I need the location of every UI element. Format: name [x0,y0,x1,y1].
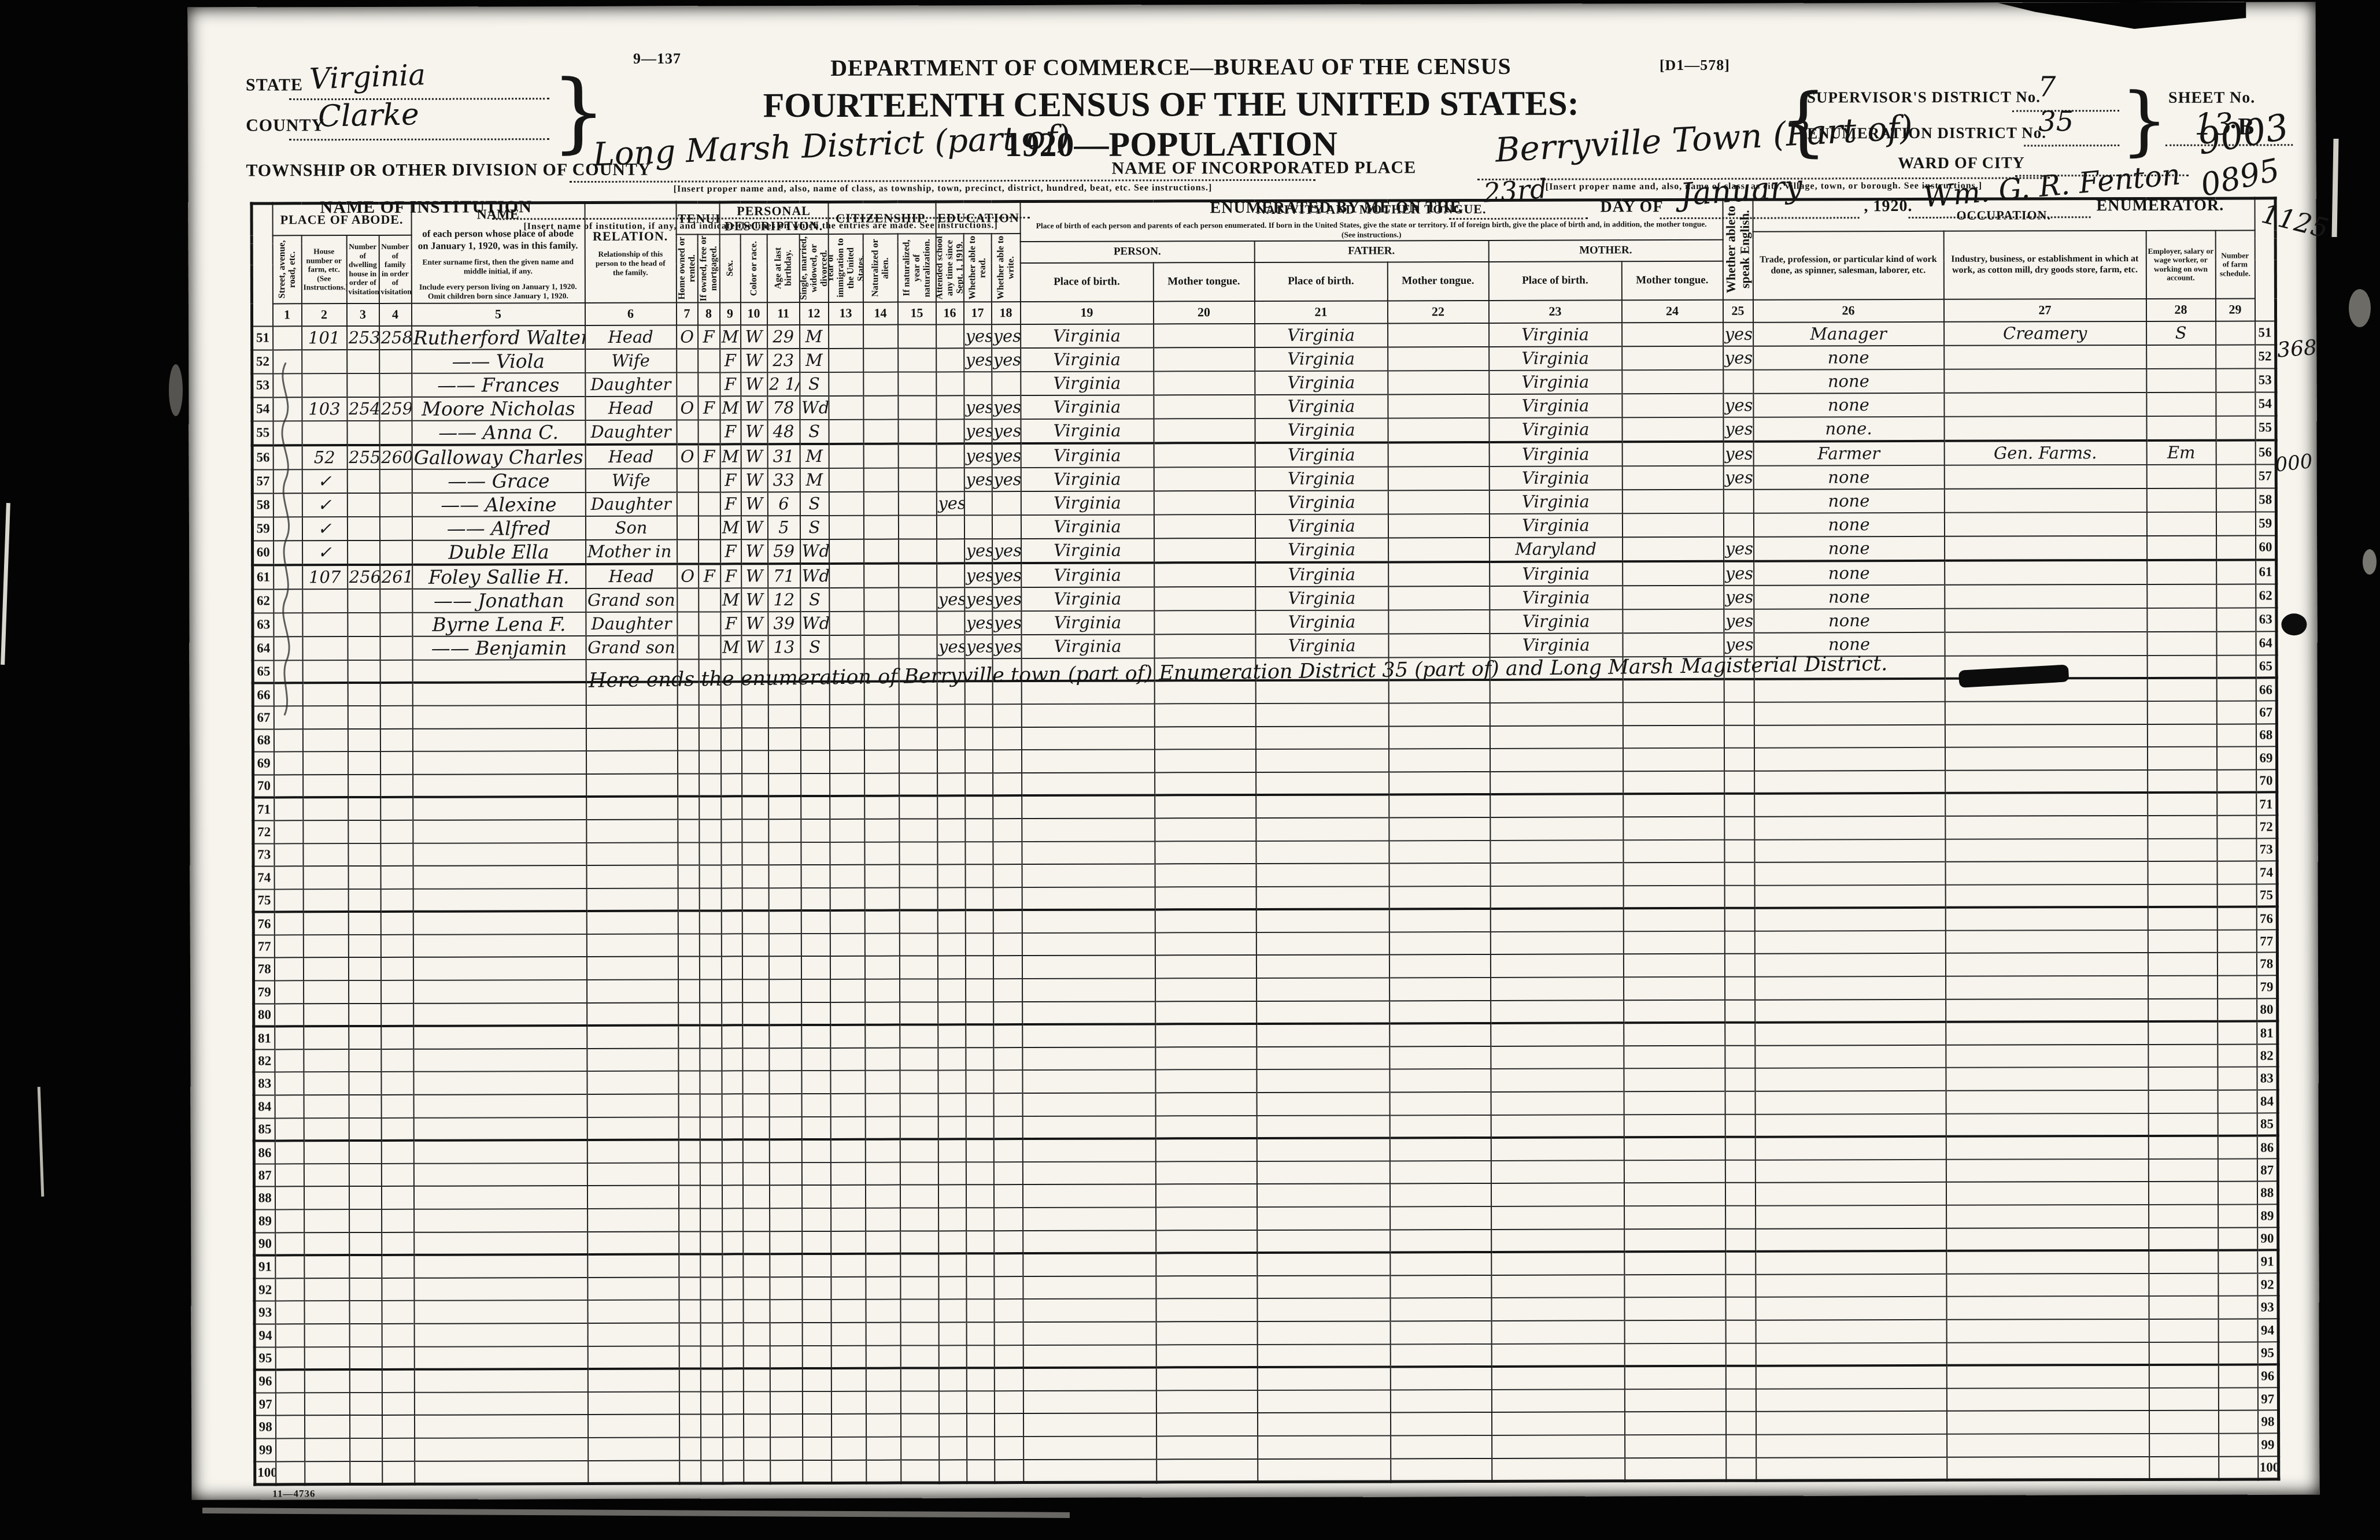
cell-farm [2218,1067,2257,1090]
cell-mtm [1625,1457,1726,1480]
cell-mt [1154,467,1255,491]
line-number-right: 71 [2256,793,2277,816]
cell-dwelling [348,636,380,660]
cell-sex: M [720,396,741,420]
cell-read [964,491,992,515]
cell-mt [1154,324,1255,347]
cell-mtm [1624,1228,1725,1252]
cell-mtf [1388,586,1490,610]
cell-c14 [866,1414,901,1437]
cell-industry [1946,1090,2148,1114]
column-number: 7 [676,302,697,325]
cell-color [742,934,768,957]
cell-industry [1946,1045,2148,1068]
column-number: 17 [963,302,991,324]
cell-name [413,1163,587,1186]
cell-color [742,819,768,842]
cell-age [769,1094,801,1117]
line-number-right: 65 [2256,655,2276,678]
cell-pob [1021,727,1154,750]
cell-name [413,820,586,843]
cell-trade [1756,1342,1946,1365]
cell-name [413,980,587,1003]
cell-school [938,1300,966,1323]
cell-color [743,1368,770,1391]
cell-age [770,1323,802,1346]
cell-farm [2216,368,2255,392]
cell-c14 [864,910,899,934]
cell-emp [2147,655,2216,678]
cell-industry [1945,884,2148,908]
cell-farm [2219,1433,2258,1456]
cell-family [380,541,412,565]
cell-t8 [699,865,721,889]
cell-sex [722,1071,742,1094]
cell-c15 [900,1002,938,1025]
cell-family [382,1393,414,1416]
column-number: 12 [799,302,828,325]
cell-relation: Wife [585,468,677,492]
cell-house [302,683,348,706]
cell-mtm [1622,466,1723,490]
cell-c14 [866,1323,900,1346]
cell-family [380,843,413,866]
cell-name [413,1186,587,1209]
cell-dwelling [349,1278,382,1301]
cell-house [304,980,349,1004]
cell-mt [1156,1436,1258,1459]
cell-dwelling [347,517,379,541]
cell-marital: S [800,492,829,516]
cell-street [274,775,303,798]
cell-trade [1755,1022,1946,1045]
cell-color [742,1094,769,1117]
form-number: 9—137 [633,50,681,68]
cell-house [302,729,348,752]
line-number-left: 80 [254,1004,275,1027]
cell-industry [1947,1456,2149,1480]
cell-sex: F [720,612,741,635]
cell-c13 [831,1460,866,1483]
cell-street [274,958,303,981]
cell-mt [1155,932,1256,956]
cell-farm [2217,838,2256,861]
cell-pobf [1257,1367,1390,1390]
cell-house [303,866,348,889]
cell-pobf: Virginia [1255,418,1388,443]
cell-sex [722,1346,743,1369]
cell-mtf [1389,1161,1491,1184]
cell-pobf [1257,1344,1390,1367]
cell-c14 [864,563,899,587]
cell-c14 [864,727,899,750]
cell-t8: F [698,444,720,468]
line-number-right: 63 [2256,608,2276,631]
cell-marital: S [800,420,829,444]
cell-read: yes [964,611,992,635]
cell-marital [800,727,829,750]
cell-pob [1022,910,1155,933]
cell-color: W [741,468,767,492]
cell-write [994,1299,1023,1322]
cell-mt [1155,1093,1256,1116]
cell-trade [1754,679,1945,702]
cell-color: W [741,325,767,349]
cell-relation [587,1209,679,1232]
cell-color: W [741,492,767,516]
cell-house [303,775,348,798]
cell-pob [1023,1230,1156,1253]
cell-farm [2218,1204,2257,1227]
cell-mt [1154,443,1255,467]
cell-trade [1754,793,1945,816]
cell-house [304,1301,349,1324]
cell-mt [1155,1138,1256,1161]
cell-mtm [1623,931,1724,954]
cell-c14 [863,468,898,491]
cell-eng [1724,839,1754,862]
county-label: COUNTY [246,116,324,135]
cell-name [414,1232,587,1255]
cell-read [966,1002,993,1025]
cell-mtf [1390,1206,1491,1230]
cell-t7 [677,588,699,612]
plate-number: [D1—578] [1660,57,1730,74]
cell-pobm [1490,931,1623,954]
column-number: 8 [697,302,719,325]
cell-pobf [1256,795,1389,818]
cell-street [276,1461,305,1485]
cell-emp [2147,678,2216,701]
cell-c15 [899,539,937,563]
cell-t8 [700,1300,722,1323]
cell-mt [1154,562,1255,587]
cell-c14 [866,1208,900,1231]
film-sliver-bottom [202,1508,1070,1518]
cell-read: yes [964,419,992,443]
column-number: 26 [1753,299,1944,323]
cell-industry [1946,1021,2148,1045]
cell-color [741,728,768,751]
cell-dwelling [349,1164,381,1187]
cell-mtf [1389,817,1490,841]
line-number-right: 67 [2256,701,2276,724]
line-number-right: 97 [2257,1387,2278,1411]
cell-mtf [1388,634,1490,657]
cell-pobf [1256,841,1389,864]
cell-emp [2148,1090,2218,1113]
cell-house [304,1141,349,1164]
cell-street [274,798,303,821]
cell-farm [2216,631,2256,655]
cell-c13 [831,1300,866,1323]
cell-family [380,889,413,912]
cell-t7 [678,1026,700,1049]
cell-c15 [899,842,937,865]
cell-school [938,1002,966,1025]
print-code: 11—4736 [272,1488,315,1500]
cell-relation: Daughter [585,372,677,396]
cell-family [380,636,412,660]
cell-mtm [1623,794,1724,817]
cell-read [966,1162,993,1185]
cell-school [936,324,964,348]
cell-c13 [831,1208,866,1231]
cell-c13 [830,773,864,796]
cell-pobf [1256,1138,1389,1161]
cell-t7 [678,888,699,911]
cell-mt [1154,610,1255,634]
cell-dwelling [349,1369,382,1393]
cell-school [936,372,964,395]
cell-mtf [1388,610,1490,634]
cell-mtm [1623,679,1724,702]
cell-mt [1154,634,1255,658]
cell-industry [1946,1250,2149,1274]
line-number-right: 62 [2256,584,2276,608]
cell-sex [721,888,742,911]
cell-mt [1156,1276,1257,1299]
cell-street [275,1164,304,1187]
cell-mt [1155,978,1256,1001]
cell-relation [586,957,678,980]
cell-write: yes [992,611,1021,635]
cell-mt [1154,491,1255,514]
line-number-right: 82 [2257,1044,2278,1067]
cell-marital [801,1163,830,1186]
cell-eng [1724,908,1754,931]
cell-write [995,1437,1023,1460]
cell-sex: F [720,372,741,396]
cell-mtf [1389,909,1490,932]
cell-relation [587,1277,679,1300]
cell-mtf [1390,1252,1491,1275]
column-number: 9 [719,302,740,325]
cell-dwelling [348,706,380,729]
cell-street [276,1416,305,1439]
cell-write [993,979,1022,1002]
cell-c13 [831,1231,866,1254]
cell-name: Byrne Lena F. [412,612,586,636]
cell-industry: Creamery [1944,321,2146,346]
cell-marital [802,1277,831,1300]
cell-mt [1156,1390,1257,1413]
film-blob-right-1 [2349,289,2371,327]
cell-name: —— Benjamin [412,636,586,660]
cell-street [275,1004,304,1027]
cell-age: 23 [767,349,800,372]
cell-t8 [699,773,721,797]
cell-relation [586,820,678,843]
cell-t7 [678,797,699,820]
cell-school [938,1368,966,1391]
cell-c15 [900,1071,938,1094]
cell-c14 [864,887,899,910]
cell-sex [720,728,741,751]
cell-t7 [679,1300,700,1323]
cell-family: 258 [379,326,412,350]
cell-school [938,979,966,1002]
cell-age [769,1002,801,1026]
line-number-right: 75 [2256,884,2277,907]
cell-t8 [700,1094,722,1117]
cell-pobm [1490,862,1623,886]
cell-pobf [1256,1161,1389,1184]
cell-relation [587,1140,678,1163]
cell-write [995,1460,1023,1483]
cell-house [303,958,348,981]
cell-pob [1022,979,1155,1002]
cell-school [937,539,964,563]
cell-family [380,589,412,613]
cell-emp: Em [2146,440,2216,464]
cell-house [303,912,348,935]
cell-age [770,1231,802,1254]
cell-eng [1724,771,1754,794]
cell-t7 [679,1437,701,1460]
cell-c14 [865,1071,900,1094]
cell-mtf [1388,703,1490,726]
cell-school [938,1071,966,1094]
cell-write [994,1322,1023,1345]
column-marital-status-header: Single, married, widowed, or divorced. [799,234,828,302]
person-pob-header: Place of birth. [1020,262,1153,302]
cell-t7 [678,911,699,934]
cell-house [302,613,348,636]
cell-family [381,1095,413,1118]
line-number-left: 92 [254,1278,275,1301]
cell-mtf [1390,1343,1491,1367]
cell-industry [1945,770,2148,794]
line-number-right: 54 [2255,392,2276,416]
cell-mtm [1624,1000,1725,1023]
cell-age [770,1208,802,1231]
cell-dwelling [349,1141,381,1164]
cell-c14 [864,539,899,563]
cell-pobm [1491,1206,1624,1229]
cell-mtf [1389,978,1491,1001]
cell-sex [722,1323,743,1346]
column-sex-header: Sex. [719,234,740,302]
cell-eng [1724,817,1754,840]
county-value: Clarke [318,97,420,134]
cell-c15 [899,887,937,910]
cell-family: 259 [379,397,412,421]
column-number: 2 [301,303,346,326]
cell-industry [1946,1067,2148,1091]
cell-sex: M [720,516,741,539]
cell-c15 [899,635,937,658]
cell-marital [801,750,830,773]
cell-c13 [829,492,863,516]
cell-c13 [831,1345,866,1368]
cell-name: —— Jonathan [412,588,586,613]
line-number-left: 83 [254,1072,275,1095]
cell-school [937,704,964,727]
cell-c15 [900,1185,938,1208]
cell-write [992,704,1021,727]
cell-eng: yes [1724,585,1754,609]
cell-t8 [700,1369,722,1392]
column-number: 11 [767,302,799,325]
cell-age [769,1025,801,1048]
line-number-left: 99 [255,1438,276,1461]
cell-sex [722,1208,743,1231]
cell-farm [2216,535,2256,560]
cell-industry [1946,1296,2149,1320]
cell-pobm [1491,1229,1624,1252]
cell-c13 [830,910,864,934]
cell-write [993,864,1022,887]
cell-family [379,350,412,373]
cell-house [304,1278,349,1301]
cell-eng [1725,1068,1755,1091]
father-pob-header: Place of birth. [1254,262,1387,301]
cell-house: 101 [302,326,347,350]
cell-mtf [1388,371,1489,394]
cell-mtm [1623,817,1724,840]
line-number-right: 52 [2255,345,2276,368]
cell-farm [2216,440,2255,464]
cell-name: Moore Nicholas [412,397,585,421]
film-blob-right-2 [2363,549,2377,575]
cell-c15 [898,491,936,515]
cell-name [413,843,586,866]
cell-school [938,1093,966,1116]
cell-pobm: Maryland [1490,537,1623,562]
cell-c14 [864,611,899,635]
cell-farm [2217,793,2256,816]
cell-sex [721,819,742,842]
cell-mt [1156,1321,1257,1345]
cell-t7 [678,751,699,774]
cell-marital [801,1025,830,1048]
cell-pobf: Virginia [1255,394,1388,419]
cell-t8 [700,1071,722,1094]
cell-write: yes [992,348,1021,372]
cell-eng [1725,1297,1756,1320]
cell-mtm [1624,1366,1725,1389]
cell-trade: none [1754,609,1945,633]
cell-trade [1755,999,1946,1023]
cell-c15 [900,979,938,1002]
census-scan-page: { "header": { "form_number": "9—137", "p… [0,0,2380,1540]
cell-marital: M [800,349,829,372]
cell-pobf: Virginia [1255,562,1388,587]
cell-mtf [1390,1367,1491,1390]
cell-marital [801,773,830,797]
state-label: STATE [246,75,303,95]
cell-read [966,1276,994,1300]
cell-emp [2148,884,2217,907]
cell-relation [586,934,678,957]
cell-c13 [830,1163,865,1186]
cell-color [743,1277,770,1300]
cell-name [413,889,586,912]
cell-house [304,1255,349,1278]
cell-mt [1154,514,1255,538]
cell-mtm [1624,1343,1725,1366]
cell-name [414,1300,587,1323]
cell-pob [1022,956,1155,979]
cell-sex [722,979,742,1002]
cell-pob: Virginia [1021,443,1154,468]
cell-school [938,1185,966,1208]
cell-street [275,980,304,1004]
cell-relation: Daughter [585,492,677,516]
cell-read [964,704,992,727]
cell-dwelling [349,1232,382,1256]
